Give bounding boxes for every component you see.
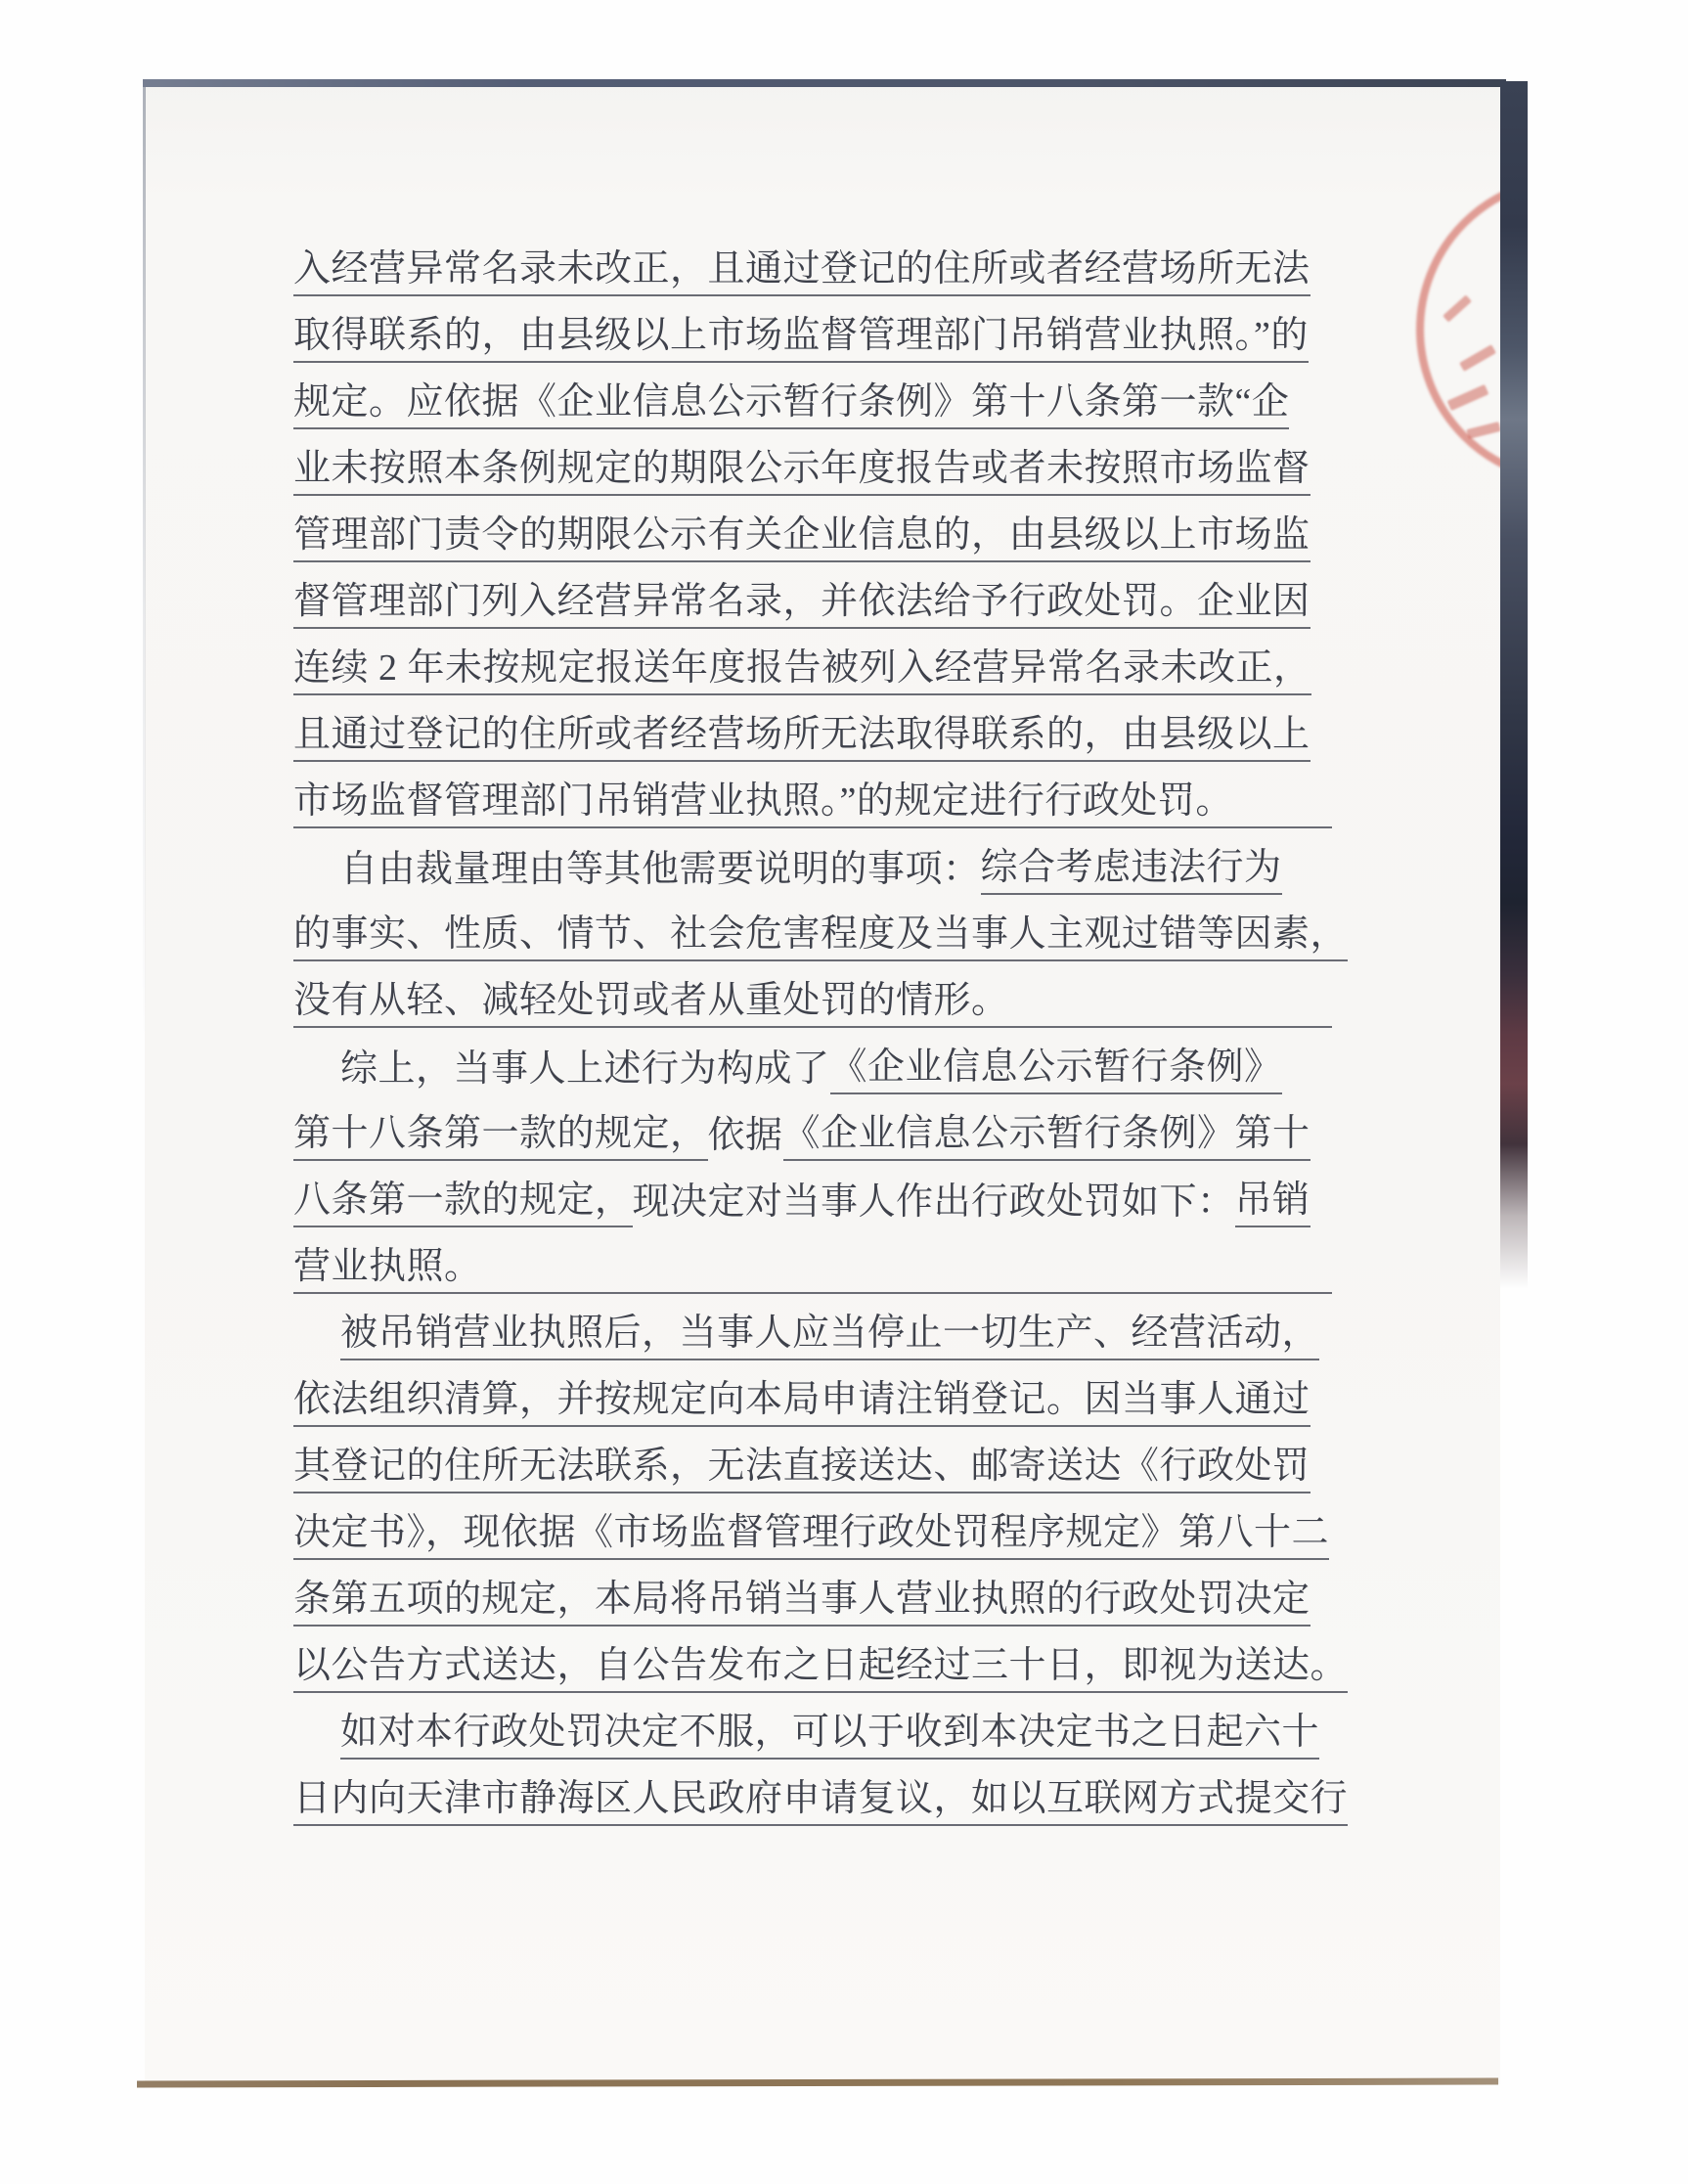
text-line: 依法组织清算，并按规定向本局申请注销登记。因当事人通过: [293, 1360, 1332, 1427]
underlined-text-segment: 被吊销营业执照后，当事人应当停止一切生产、经营活动，: [340, 1315, 1319, 1360]
underlined-text-segment: 第十八条第一款的规定，: [293, 1115, 708, 1161]
underlined-text-segment: 没有从轻、减轻处罚或者从重处罚的情形。: [293, 982, 1009, 1028]
underlined-text-segment: 吊销: [1235, 1181, 1310, 1227]
underlined-text-segment: 督管理部门列入经营异常名录，并依法给予行政处罚。企业因: [293, 583, 1310, 629]
underlined-text-segment: 条第五项的规定，本局将吊销当事人营业执照的行政处罚决定: [293, 1581, 1310, 1627]
text-line: 第十八条第一款的规定，依据《企业信息公示暂行条例》第十: [293, 1094, 1332, 1161]
blank-underline-fill: [482, 1292, 1332, 1294]
text-line: 规定。应依据《企业信息公示暂行条例》第十八条第一款“企: [293, 363, 1332, 429]
underlined-text-segment: 其登记的住所无法联系，无法直接送达、邮寄送达《行政处罚: [293, 1448, 1310, 1493]
text-line: 以公告方式送达，自公告发布之日起经过三十日，即视为送达。: [293, 1627, 1332, 1693]
text-line: 营业执照。: [293, 1227, 1332, 1294]
text-line: 入经营异常名录未改正，且通过登记的住所或者经营场所无法: [293, 230, 1332, 296]
underlined-text-segment: 如对本行政处罚决定不服，可以于收到本决定书之日起六十: [340, 1714, 1319, 1760]
text-line: 综上，当事人上述行为构成了《企业信息公示暂行条例》: [293, 1028, 1332, 1094]
underlined-text-segment: 且通过登记的住所或者经营场所无法取得联系的，由县级以上: [293, 716, 1310, 762]
text-line: 条第五项的规定，本局将吊销当事人营业执照的行政处罚决定: [293, 1560, 1332, 1627]
blank-underline-fill: [1009, 1026, 1332, 1028]
underlined-text-segment: 连续 2 年未按规定报送年度报告被列入经营异常名录未改正，: [293, 649, 1311, 695]
text-line: 管理部门责令的期限公示有关企业信息的，由县级以上市场监: [293, 496, 1332, 562]
underlined-text-segment: 决定书》，现依据《市场监督管理行政处罚程序规定》第八十二: [293, 1514, 1329, 1560]
text-line: 市场监督管理部门吊销营业执照。”的规定进行行政处罚。: [293, 762, 1332, 828]
paper-left-edge-shadow: [143, 87, 146, 1046]
underlined-text-segment: 综合考虑违法行为: [981, 849, 1282, 895]
text-line: 八条第一款的规定，现决定对当事人作出行政处罚如下：吊销: [293, 1161, 1332, 1227]
underlined-text-segment: 市场监督管理部门吊销营业执照。”的规定进行行政处罚。: [293, 782, 1233, 828]
text-line: 没有从轻、减轻处罚或者从重处罚的情形。: [293, 961, 1332, 1028]
underlined-text-segment: 八条第一款的规定，: [293, 1181, 633, 1227]
underlined-text-segment: 管理部门责令的期限公示有关企业信息的，由县级以上市场监: [293, 516, 1310, 562]
text-line: 督管理部门列入经营异常名录，并依法给予行政处罚。企业因: [293, 562, 1332, 629]
document-text: 入经营异常名录未改正，且通过登记的住所或者经营场所无法取得联系的，由县级以上市场…: [293, 230, 1332, 1826]
text-line: 决定书》，现依据《市场监督管理行政处罚程序规定》第八十二: [293, 1493, 1332, 1560]
underlined-text-segment: 入经营异常名录未改正，且通过登记的住所或者经营场所无法: [293, 250, 1310, 296]
paper-top-edge-shadow: [143, 79, 1506, 87]
underlined-text-segment: 以公告方式送达，自公告发布之日起经过三十日，即视为送达。: [293, 1647, 1348, 1693]
text-line: 且通过登记的住所或者经营场所无法取得联系的，由县级以上: [293, 695, 1332, 762]
text-line: 自由裁量理由等其他需要说明的事项：综合考虑违法行为: [293, 828, 1332, 895]
underlined-text-segment: 《企业信息公示暂行条例》: [830, 1048, 1282, 1094]
text-segment: 现决定对当事人作出行政处罚如下：: [633, 1183, 1235, 1227]
paper-right-edge-band: [1500, 81, 1528, 1289]
text-line: 日内向天津市静海区人民政府申请复议，如以互联网方式提交行: [293, 1760, 1332, 1826]
text-segment: 自由裁量理由等其他需要说明的事项：: [340, 851, 981, 895]
text-line: 被吊销营业执照后，当事人应当停止一切生产、经营活动，: [293, 1294, 1332, 1360]
document-paper: 入经营异常名录未改正，且通过登记的住所或者经营场所无法取得联系的，由县级以上市场…: [145, 81, 1500, 2084]
underlined-text-segment: 营业执照。: [293, 1248, 482, 1294]
underlined-text-segment: 的事实、性质、情节、社会危害程度及当事人主观过错等因素，: [293, 915, 1348, 961]
text-line: 如对本行政处罚决定不服，可以于收到本决定书之日起六十: [293, 1693, 1332, 1760]
text-segment: 依据: [708, 1117, 783, 1161]
underlined-text-segment: 《企业信息公示暂行条例》第十: [783, 1115, 1310, 1161]
text-line: 取得联系的，由县级以上市场监督管理部门吊销营业执照。”的: [293, 296, 1332, 363]
photo-of-scanned-document: { "document": { "kind": "administrative-…: [0, 0, 1688, 2184]
official-red-seal-partial-icon: [1416, 175, 1500, 484]
text-line: 连续 2 年未按规定报送年度报告被列入经营异常名录未改正，: [293, 629, 1332, 695]
underlined-text-segment: 规定。应依据《企业信息公示暂行条例》第十八条第一款“企: [293, 383, 1289, 429]
underlined-text-segment: 日内向天津市静海区人民政府申请复议，如以互联网方式提交行: [293, 1780, 1348, 1826]
blank-underline-fill: [1233, 826, 1332, 828]
text-line: 的事实、性质、情节、社会危害程度及当事人主观过错等因素，: [293, 895, 1332, 961]
underlined-text-segment: 取得联系的，由县级以上市场监督管理部门吊销营业执照。”的: [293, 317, 1309, 363]
text-line: 其登记的住所无法联系，无法直接送达、邮寄送达《行政处罚: [293, 1427, 1332, 1493]
text-line: 业未按照本条例规定的期限公示年度报告或者未按照市场监督: [293, 429, 1332, 496]
text-segment: 综上，当事人上述行为构成了: [340, 1050, 830, 1094]
underlined-text-segment: 依法组织清算，并按规定向本局申请注销登记。因当事人通过: [293, 1381, 1310, 1427]
underlined-text-segment: 业未按照本条例规定的期限公示年度报告或者未按照市场监督: [293, 450, 1310, 496]
